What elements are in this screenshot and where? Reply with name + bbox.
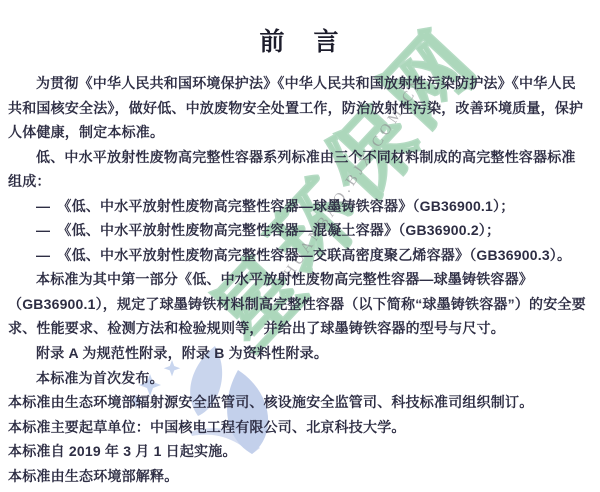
doc-line: 本标准由生态环境部解释。 [8,464,596,489]
doc-line: 本标准自 2019 年 3 月 1 日起实施。 [8,439,596,464]
doc-line: — 《低、中水平放射性废物高完整性容器—球墨铸铁容器》（GB36900.1）； [8,194,596,219]
doc-line: 本标准由生态环境部辐射源安全监管司、核设施安全监管司、科技标准司组织制订。 [8,390,596,415]
doc-line: 求、性能要求、检测方法和检验规则等，并给出了球墨铸铁容器的型号与尺寸。 [8,316,596,341]
doc-line: 为贯彻《中华人民共和国环境保护法》《中华人民共和国放射性污染防护法》《中华人民 [8,71,596,96]
document-page: 星 环 保 网 HUANBAO.BJX.COM.CN 前 言 为贯彻《中华人民共… [0,0,600,492]
doc-line: 本标准为其中第一部分《低、中水平放射性废物高完整性容器—球墨铸铁容器》 [8,267,596,292]
doc-line: 人体健康，制定本标准。 [8,120,596,145]
doc-line: （GB36900.1），规定了球墨铸铁材料制高完整性容器（以下简称“球墨铸铁容器… [8,292,596,317]
doc-line: 本标准主要起草单位：中国核电工程有限公司、北京科技大学。 [8,415,596,440]
page-title: 前 言 [0,22,600,58]
doc-line: 低、中水平放射性废物高完整性容器系列标准由三个不同材料制成的高完整性容器标准 [8,145,596,170]
doc-line: — 《低、中水平放射性废物高完整性容器—混凝土容器》（GB36900.2）； [8,218,596,243]
doc-line: 附录 A 为规范性附录，附录 B 为资料性附录。 [8,341,596,366]
doc-line: 组成： [8,169,596,194]
doc-line: 共和国核安全法》，做好低、中放废物安全处置工作，防治放射性污染，改善环境质量，保… [8,96,596,121]
doc-line: 本标准为首次发布。 [8,366,596,391]
doc-line: — 《低、中水平放射性废物高完整性容器—交联高密度聚乙烯容器》（GB36900.… [8,243,596,268]
document-body: 为贯彻《中华人民共和国环境保护法》《中华人民共和国放射性污染防护法》《中华人民 … [8,71,596,488]
